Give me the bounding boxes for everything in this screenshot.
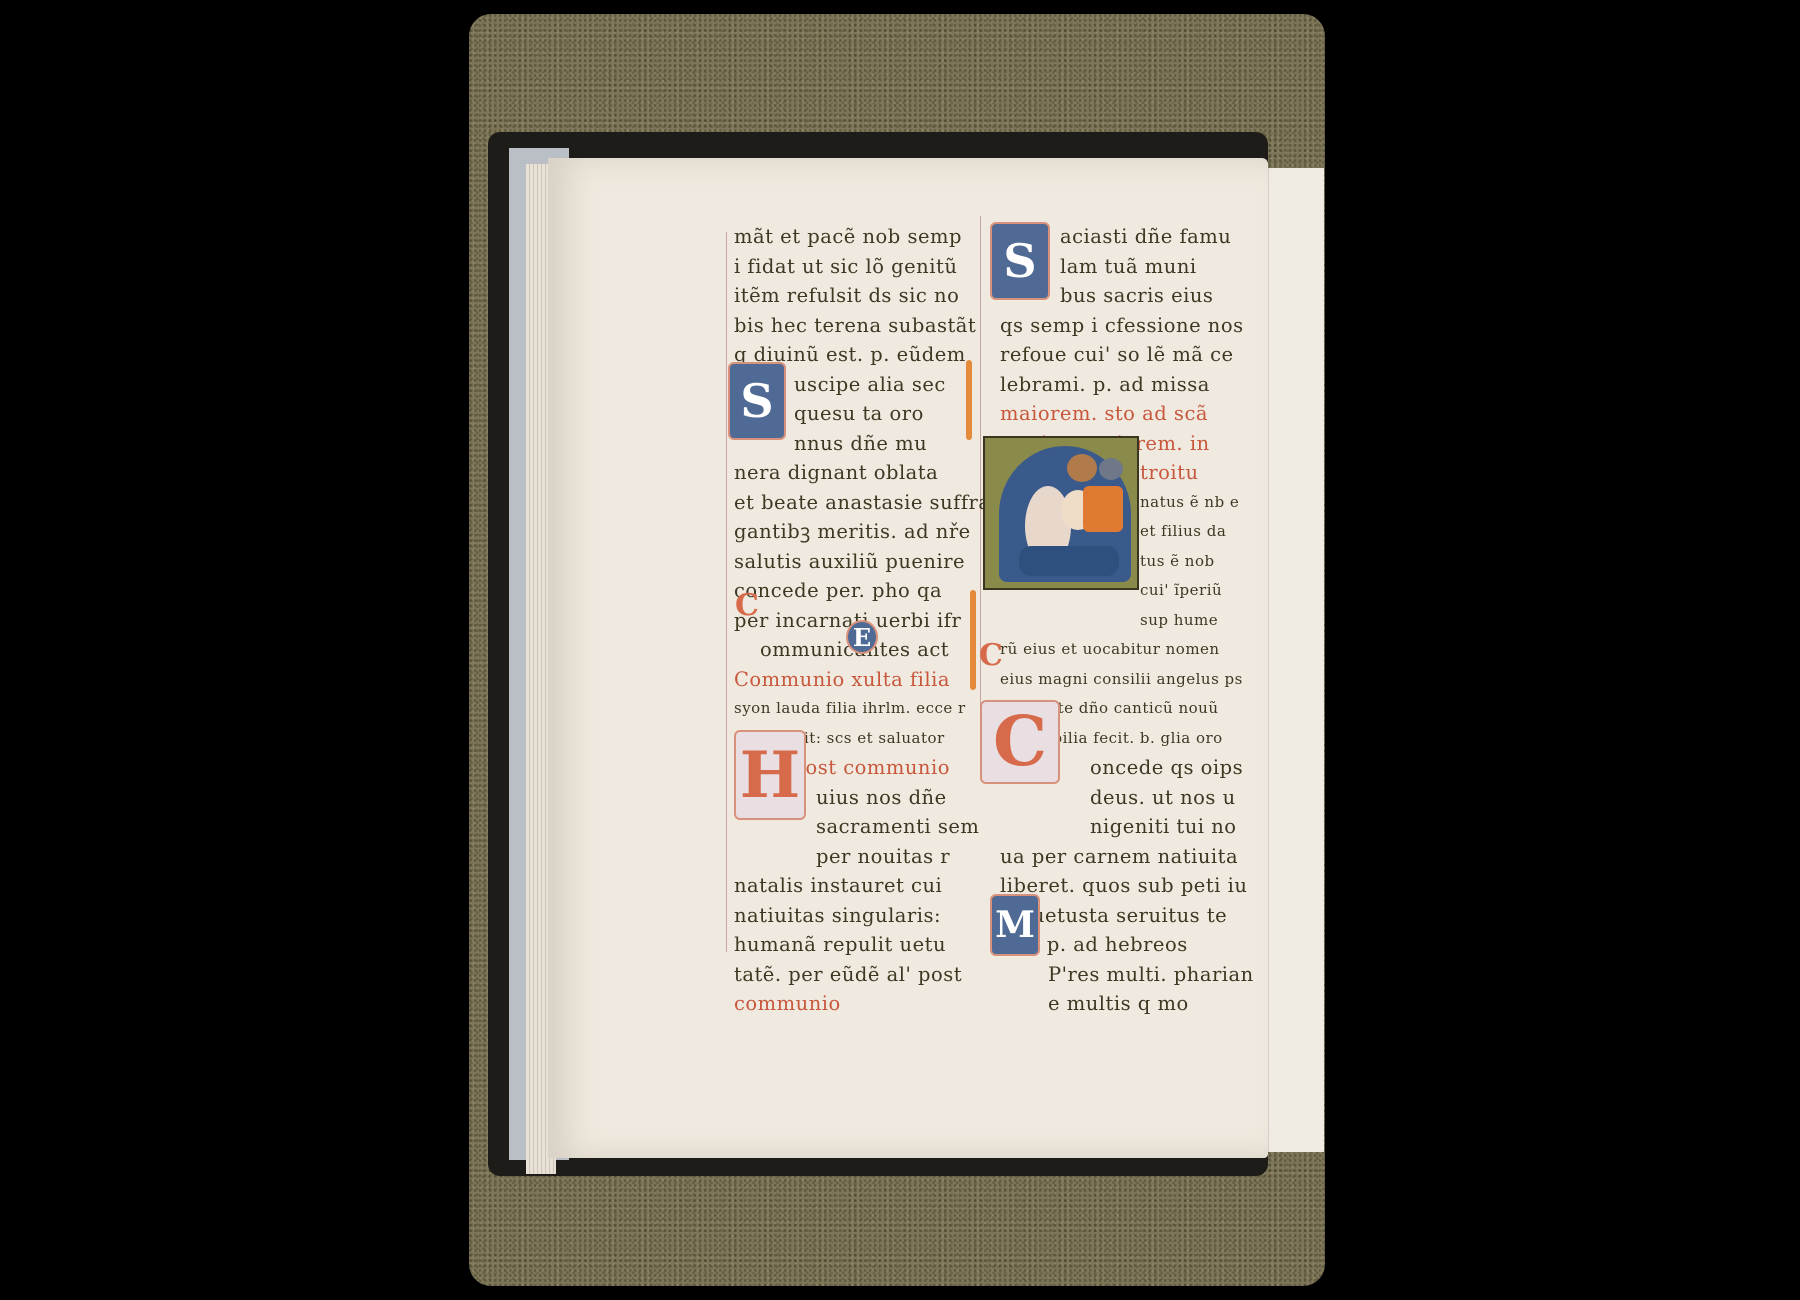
ox-figure bbox=[1067, 454, 1097, 482]
initial-e-exulta: E bbox=[846, 620, 878, 654]
text-line: tatẽ. per eũdẽ al' post bbox=[734, 960, 991, 990]
miniature-letter-bowl bbox=[999, 446, 1131, 582]
initial-c-cantate: C bbox=[978, 640, 1004, 670]
text-line: lebrami. p. ad missa bbox=[1000, 370, 1254, 400]
text-line: mãt et pacẽ nob semp bbox=[734, 222, 991, 252]
facing-page-edge bbox=[1268, 168, 1324, 1152]
text-line: syon lauda filia ihrlm. ecce r bbox=[734, 694, 991, 724]
text-line: et beate anastasie suffra bbox=[734, 488, 991, 518]
text-line: i fidat ut sic lõ genitũ bbox=[734, 252, 991, 282]
text-line: humanã repulit uetu bbox=[734, 930, 991, 960]
text-line: eius magni consilii angelus ps bbox=[1000, 665, 1254, 695]
initial-s-left: S bbox=[728, 362, 786, 440]
text-line: natalis instauret cui bbox=[734, 871, 991, 901]
initial-h-hujus: H bbox=[734, 730, 806, 820]
text-line: e multis q mo bbox=[1000, 989, 1254, 1019]
initial-s-right: S bbox=[990, 222, 1050, 300]
text-line: rũ eius et uocabitur nomen bbox=[1000, 635, 1254, 665]
foliate-flourish bbox=[970, 590, 976, 690]
text-line: concede per. pho qa bbox=[734, 576, 991, 606]
text-line: ua per carnem natiuita bbox=[1000, 842, 1254, 872]
foliate-flourish bbox=[966, 360, 972, 440]
manger bbox=[1083, 486, 1123, 532]
nativity-miniature bbox=[983, 436, 1139, 590]
text-line: deus. ut nos u bbox=[1000, 783, 1254, 813]
text-line: qs semp i cfessione nos bbox=[1000, 311, 1254, 341]
text-line: salutis auxiliũ puenire bbox=[734, 547, 991, 577]
text-line: gantibꝫ meritis. ad nře bbox=[734, 517, 991, 547]
rubric-line: Communio xulta filia bbox=[734, 665, 991, 695]
initial-m-hebreos: M bbox=[990, 894, 1040, 956]
text-line: itẽm refulsit ds sic no bbox=[734, 281, 991, 311]
rubric-line: communio bbox=[734, 989, 991, 1019]
text-line: P'res multi. pharian bbox=[1000, 960, 1254, 990]
text-line: refoue cui' so lẽ mã ce bbox=[1000, 340, 1254, 370]
text-line: natiuitas singularis: bbox=[734, 901, 991, 931]
blue-drapery bbox=[1019, 546, 1119, 576]
pen-flourish bbox=[726, 232, 727, 952]
ass-figure bbox=[1099, 458, 1123, 480]
rubric-line: maiorem. sto ad scã bbox=[1000, 399, 1254, 429]
text-line: nera dignant oblata bbox=[734, 458, 991, 488]
text-line: nigeniti tui no bbox=[1000, 812, 1254, 842]
text-line: per nouitas r bbox=[734, 842, 991, 872]
initial-c-concede: C bbox=[980, 700, 1060, 784]
text-line: sup hume bbox=[1000, 606, 1254, 636]
initial-c-communicantes: C bbox=[734, 590, 760, 620]
text-line: bis hec terena subastãt bbox=[734, 311, 991, 341]
